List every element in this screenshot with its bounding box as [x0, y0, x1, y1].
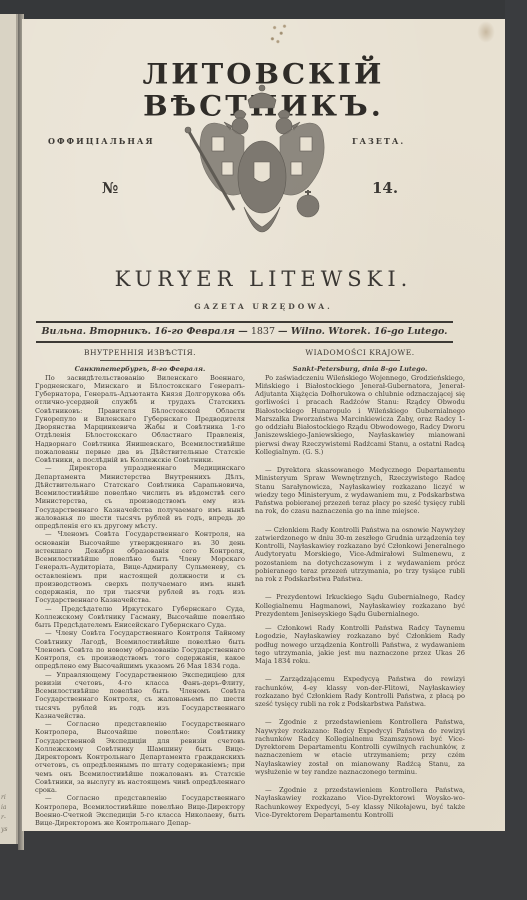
scanner-backdrop-right [505, 0, 527, 900]
article-paragraph: — Согласно представленію Государственнаг… [35, 794, 245, 827]
article-paragraph: — Предсѣдателю Иркутскаго Губернскаго Су… [35, 605, 245, 630]
article-paragraph: — Członkiem Rady Kontrolli Państwa na os… [255, 526, 465, 584]
facing-page-edge: ri ia r- ys [0, 14, 18, 844]
issue-number-label: № [102, 179, 118, 197]
ink-stain [268, 22, 290, 50]
masthead-title-polish: KURYER LITEWSKI. [22, 267, 505, 291]
dateline: Вильна. Вторникъ. 16-го Февраля — 1837 —… [36, 326, 453, 337]
article-paragraph: — Членомъ Совѣта Государственнаго Контро… [35, 530, 245, 604]
scanner-backdrop-top [0, 0, 527, 20]
place-date-polish: Sankt-Petersburg, dnia 8-go Lutego. [255, 365, 465, 373]
gazette-label: ГАЗЕТА. [352, 136, 405, 146]
dateline-rule-bottom [36, 341, 453, 343]
issue-number: 14. [372, 179, 398, 197]
double-headed-eagle-icon [182, 82, 342, 257]
article-paragraph: Po zaświadczeniu Wileńskiego Wojennego, … [255, 374, 465, 457]
article-paragraph: — Członkowi Rady Kontrolli Państwa Radcy… [255, 624, 465, 665]
article-paragraph: — Zgodnie z przedstawieniem Kontrollera … [255, 786, 465, 819]
place-date-russian: Санктпетербургъ, 8-го Февраля. [35, 365, 245, 373]
newspaper-page: ЛИТОВСКІЙ ВѢСТНИКЪ. ОФФИЦІАЛЬНАЯ ГАЗЕТА. [22, 19, 505, 831]
column-heading-russian: ВНУТРЕННІЯ ИЗВѢСТІЯ. [35, 349, 245, 357]
dateline-russian: Вильна. Вторникъ. 16-го Февраля — [42, 326, 248, 337]
scanner-backdrop-bottom [0, 830, 527, 900]
official-label: ОФФИЦІАЛЬНАЯ [48, 136, 155, 146]
dateline-year: 1837 [248, 326, 278, 337]
column-russian: ВНУТРЕННІЯ ИЗВѢСТІЯ. Санктпетербургъ, 8-… [35, 349, 245, 827]
article-paragraph: — Члену Совѣта Государственнаго Контроля… [35, 629, 245, 670]
article-paragraph: По засвидѣтельствованію Виленскаго Военн… [35, 374, 245, 465]
heading-rule [100, 360, 180, 361]
article-paragraph: — Директора упраздненнаго Медицинскаго Д… [35, 464, 245, 530]
dateline-rule-top [36, 321, 453, 323]
heading-rule [320, 360, 400, 361]
article-paragraph: — Prezydentowi Irkuckiego Sądu Gubernial… [255, 593, 465, 618]
article-paragraph: — Управляющему Государственною Экспедиці… [35, 671, 245, 721]
article-paragraph: — Zarządzającemu Expedycyą Państwa do re… [255, 675, 465, 708]
article-paragraph: — Zgodnie z przedstawieniem Kontrollera … [255, 718, 465, 776]
column-heading-polish: WIADOMOŚCI KRAJOWE. [255, 349, 465, 357]
dateline-polish: — Wilno. Wtorek. 16-go Lutego. [278, 326, 447, 337]
column-polish: WIADOMOŚCI KRAJOWE. Sankt-Petersburg, dn… [255, 349, 465, 819]
masthead-subtitle-polish: GAZETA URZĘDOWA. [22, 302, 505, 311]
article-paragraph: — Согласно представленію Государственнаг… [35, 720, 245, 794]
article-paragraph: — Dyrektora skassowanego Medycznego Depa… [255, 466, 465, 516]
corner-stain [477, 21, 495, 43]
